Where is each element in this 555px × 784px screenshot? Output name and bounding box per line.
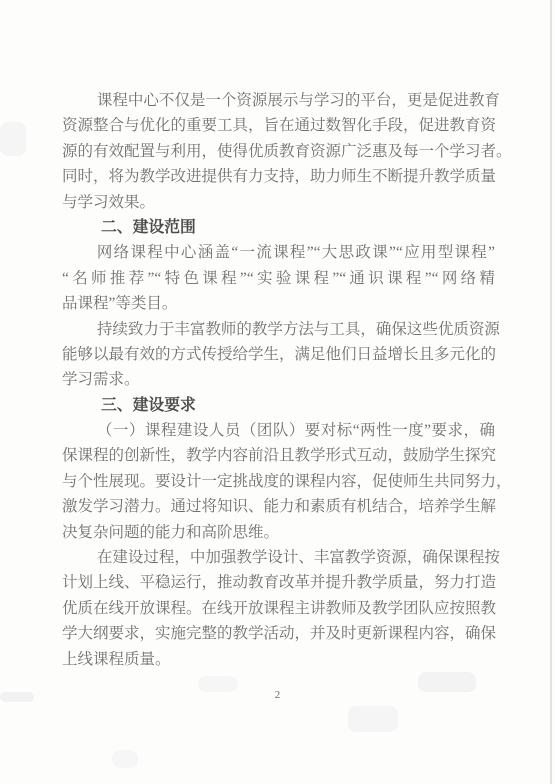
text-line: 课程中心不仅是一个资源展示与学习的平台，更是促进教育 bbox=[62, 88, 495, 113]
text-line: 品课程”等类目。 bbox=[62, 291, 495, 316]
text-line: 学习需求。 bbox=[62, 367, 495, 392]
text-line: 上线课程质量。 bbox=[62, 647, 495, 672]
text-line: 网络课程中心涵盖“一流课程”“大思政课”“应用型课程” bbox=[62, 240, 495, 265]
text-line: “名师推荐”“特色课程”“实验课程”“通识课程”“网络精 bbox=[62, 266, 495, 291]
scan-smudge bbox=[112, 750, 138, 768]
text-line: 优质在线开放课程。在线开放课程主讲教师及教学团队应按照教 bbox=[62, 596, 495, 621]
paragraph: （一）课程建设人员（团队）要对标“两性一度”要求，确保课程的创新性，教学内容前沿… bbox=[62, 418, 495, 545]
text-line: 持续致力于丰富教师的教学方法与工具，确保这些优质资源 bbox=[62, 317, 495, 342]
text-line: 决复杂问题的能力和高阶思维。 bbox=[62, 520, 495, 545]
text-line: 与学习效果。 bbox=[62, 190, 495, 215]
scan-smudge bbox=[348, 706, 398, 732]
text-line: 学大纲要求，实施完整的教学活动，并及时更新课程内容，确保 bbox=[62, 621, 495, 646]
section-heading: 三、建设要求 bbox=[62, 393, 495, 418]
section-heading: 二、建设范围 bbox=[62, 215, 495, 240]
scan-page-edge-line bbox=[550, 0, 552, 784]
paragraph: 持续致力于丰富教师的教学方法与工具，确保这些优质资源能够以最有效的方式传授给学生… bbox=[62, 317, 495, 393]
text-line: 在建设过程，中加强教学设计、丰富教学资源，确保课程按 bbox=[62, 545, 495, 570]
paragraph: 网络课程中心涵盖“一流课程”“大思政课”“应用型课程”“名师推荐”“特色课程”“… bbox=[62, 240, 495, 316]
document-body: 课程中心不仅是一个资源展示与学习的平台，更是促进教育资源整合与优化的重要工具，旨… bbox=[62, 88, 495, 672]
text-line: 与个性展现。要设计一定挑战度的课程内容，促使师生共同努力， bbox=[62, 469, 495, 494]
document-page: 课程中心不仅是一个资源展示与学习的平台，更是促进教育资源整合与优化的重要工具，旨… bbox=[0, 0, 555, 784]
text-line: 能够以最有效的方式传授给学生，满足他们日益增长且多元化的 bbox=[62, 342, 495, 367]
text-line: 激发学习潜力。通过将知识、能力和素质有机结合，培养学生解 bbox=[62, 494, 495, 519]
text-line: 保课程的创新性，教学内容前沿且教学形式互动，鼓励学生探究 bbox=[62, 443, 495, 468]
page-number: 2 bbox=[0, 689, 555, 701]
text-line: 同时，将为教学改进提供有力支持，助力师生不断提升教学质量 bbox=[62, 164, 495, 189]
text-line: 源的有效配置与利用，使得优质教育资源广泛惠及每一个学习者。 bbox=[62, 139, 495, 164]
paragraph: 课程中心不仅是一个资源展示与学习的平台，更是促进教育资源整合与优化的重要工具，旨… bbox=[62, 88, 495, 215]
scan-smudge bbox=[0, 122, 26, 156]
text-line: （一）课程建设人员（团队）要对标“两性一度”要求，确 bbox=[62, 418, 495, 443]
text-line: 计划上线、平稳运行，推动教育改革并提升教学质量，努力打造 bbox=[62, 570, 495, 595]
text-line: 资源整合与优化的重要工具，旨在通过数智化手段，促进教育资 bbox=[62, 113, 495, 138]
paragraph: 在建设过程，中加强教学设计、丰富教学资源，确保课程按计划上线、平稳运行，推动教育… bbox=[62, 545, 495, 672]
